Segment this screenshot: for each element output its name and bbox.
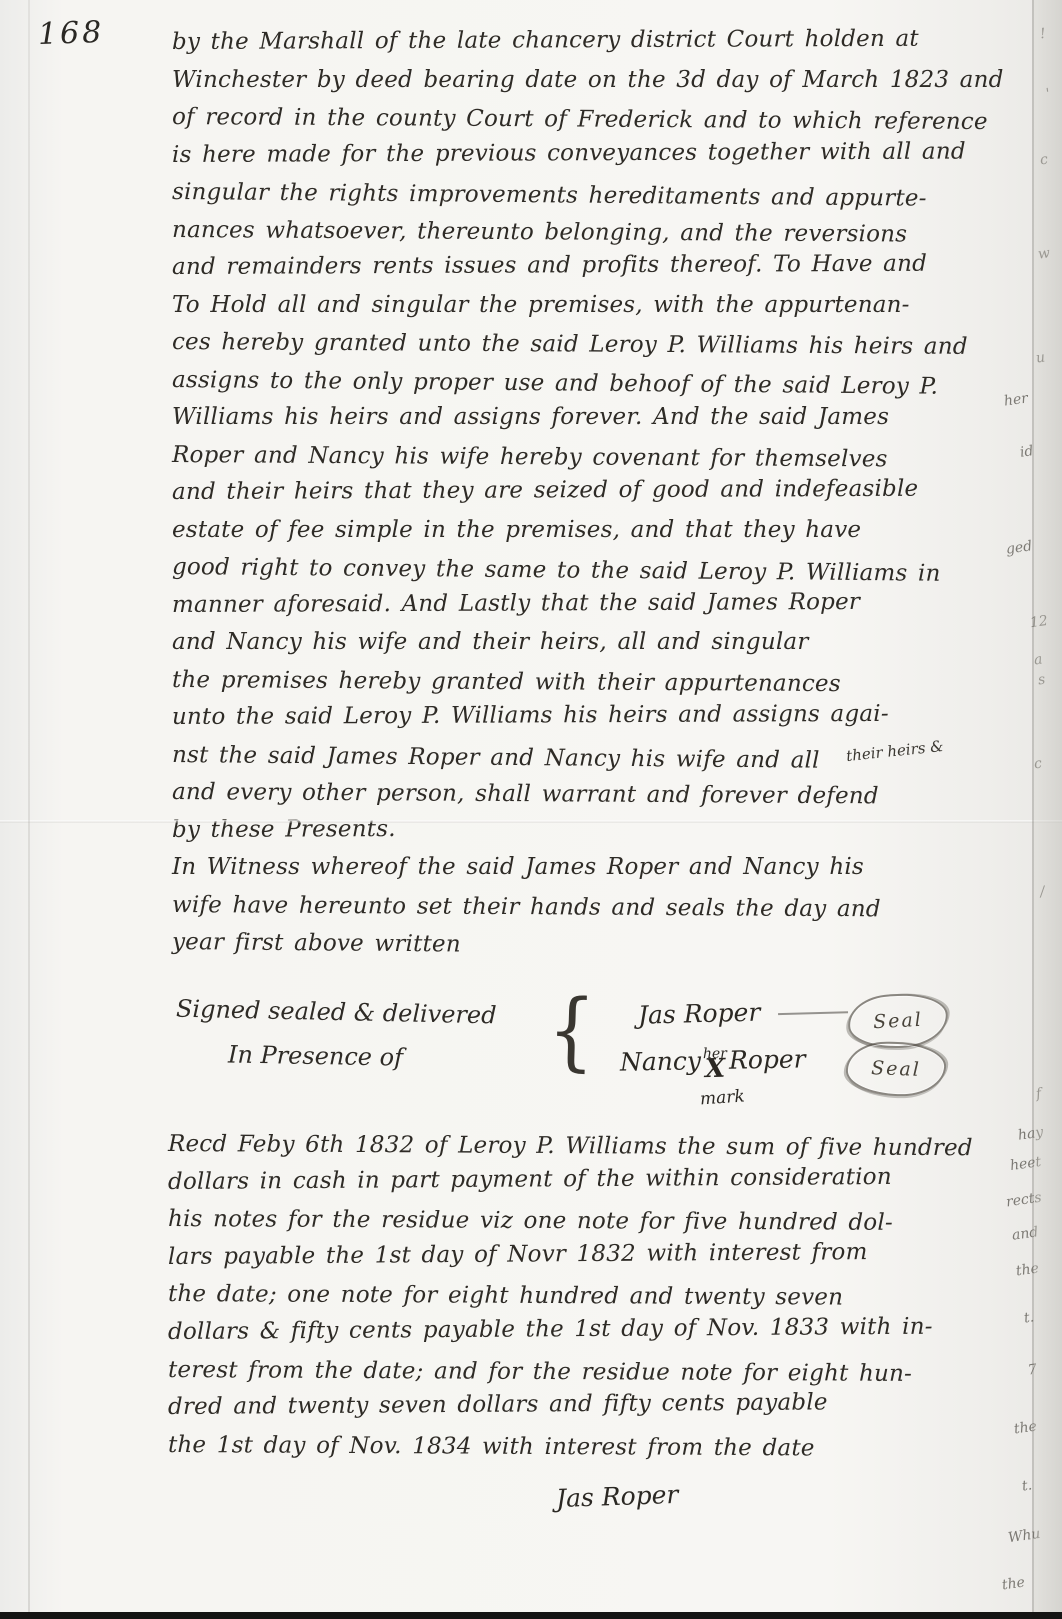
signature-name: Jas Roper bbox=[638, 998, 761, 1030]
text-line: dollars & fifty cents payable the 1st da… bbox=[168, 1308, 988, 1351]
scan-bottom-edge bbox=[0, 1612, 1062, 1619]
text-line: by the Marshall of the late chancery dis… bbox=[172, 20, 984, 61]
text-line: dred and twenty seven dollars and fifty … bbox=[168, 1383, 988, 1426]
her-mark: herX bbox=[703, 1050, 727, 1078]
signature-name-last: Roper bbox=[729, 1044, 806, 1074]
text-line: wife have hereunto set their hands and s… bbox=[172, 887, 984, 929]
text-line: her bbox=[1003, 390, 1029, 409]
receipt-note-text: Recd Feby 6th 1832 of Leroy P. Williams … bbox=[168, 1126, 988, 1464]
signature-name-first: Nancy bbox=[620, 1046, 702, 1076]
scanned-deed-page: 168 by the Marshall of the late chancery… bbox=[0, 0, 1062, 1619]
text-line: and Nancy his wife and their heirs, all … bbox=[172, 624, 984, 662]
text-line: assigns to the only proper use and behoo… bbox=[172, 362, 984, 407]
text-line: by these Presents. bbox=[172, 808, 984, 849]
attestation-line-1: Signed sealed & delivered bbox=[176, 995, 497, 1030]
page-edge-shade bbox=[1034, 0, 1062, 1619]
text-line: In Witness whereof the said James Roper … bbox=[172, 849, 984, 887]
text-line: ces hereby granted unto the said Leroy P… bbox=[172, 324, 984, 366]
text-line: Winchester by deed bearing date on the 3… bbox=[172, 62, 984, 100]
text-line: lars payable the 1st day of Novr 1832 wi… bbox=[168, 1233, 988, 1276]
mark-label-bottom: mark bbox=[699, 1086, 745, 1109]
text-line: ged bbox=[1005, 538, 1033, 557]
text-line: unto the said Leroy P. Williams his heir… bbox=[172, 695, 984, 736]
signature-james-roper: Jas Roper bbox=[638, 995, 849, 1029]
text-line: year first above written bbox=[172, 924, 984, 969]
text-line: manner aforesaid. And Lastly that the sa… bbox=[172, 583, 984, 624]
receipt-signature: Jas Roper bbox=[556, 1480, 679, 1513]
mark-x: X bbox=[703, 1060, 727, 1079]
left-fold-line bbox=[28, 0, 30, 1619]
text-line: the 1st day of Nov. 1834 with interest f… bbox=[168, 1427, 988, 1469]
page-number: 168 bbox=[37, 15, 104, 52]
text-line: the bbox=[1001, 1574, 1026, 1593]
text-line: and their heirs that they are seized of … bbox=[172, 470, 984, 511]
text-line: and remainders rents issues and profits … bbox=[172, 245, 984, 286]
deed-body-text: by the Marshall of the late chancery dis… bbox=[172, 24, 984, 962]
signature-nancy-roper: NancyherXRoper bbox=[620, 1044, 806, 1079]
text-line: is here made for the previous conveyance… bbox=[172, 133, 984, 174]
signature-flourish bbox=[778, 1011, 848, 1015]
text-line: dollars in cash in part payment of the w… bbox=[168, 1158, 988, 1201]
attestation-line-2: In Presence of bbox=[228, 1040, 403, 1071]
text-line: estate of fee simple in the premises, an… bbox=[172, 512, 984, 550]
attestation-brace: { bbox=[547, 981, 597, 1082]
seal-nancy-roper: Seal bbox=[845, 1040, 947, 1097]
text-line: To Hold all and singular the premises, w… bbox=[172, 287, 984, 325]
